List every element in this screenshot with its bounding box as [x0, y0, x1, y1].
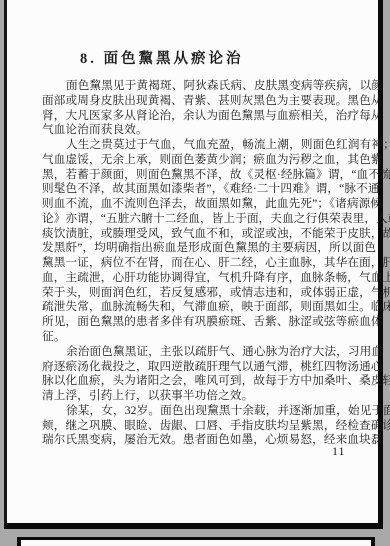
- text-line: 肾，大凡医家多从肾论治，余认为面色黧黑与血瘀相关，治疗每从: [42, 109, 354, 124]
- page-number: 11: [332, 444, 346, 459]
- text-line: 面部或周身皮肤出现黄褐、青紫、甚则灰黑色为主要表现。黑色从: [42, 94, 354, 109]
- text-line: 则血不流，血不流则色泽去，故面黑如黧，此血先死”；《诸病源候: [42, 197, 354, 212]
- book-page: 8. 面色黧黑从瘀论治 面色黧黑见于黄褐斑、阿狄森氏病、皮肤黑变病等疾病，以颜面…: [4, 0, 383, 529]
- text-line: 脉以化血瘀，头为诸阳之会，唯风可到，故每于方中加桑叶、桑皮轻: [42, 374, 354, 389]
- text-line: 颊，继之巩膜、眼睑、齿龈、口唇、手指皮肤均呈紫黑，经检查确诊为: [42, 419, 354, 434]
- text-line: 余治面色黧黑证，主张以疏肝气、通心脉为治疗大法，习用血: [42, 345, 354, 360]
- text-line: 则髦色不泽，故其面黑如漆柴者”，《难经·二十四难》谓，“脉不通: [42, 182, 354, 197]
- text-line: 征。: [42, 330, 354, 345]
- text-line: 黧黑一证，病位不在肾，而在心、肝二经，心主血脉，其华在面，肝藏: [42, 256, 354, 271]
- text-line: 气血虚馁，无余上承，则面色萎黄少润；瘀血为污秽之血，其色紫: [42, 153, 354, 168]
- text-line: 面色黧黑见于黄褐斑、阿狄森氏病、皮肤黑变病等疾病，以颜: [42, 79, 354, 94]
- text-line: 荣于头，则面润色红，若反复感邪，或情志违和，或体弱正虚，气机: [42, 286, 354, 301]
- text-line: 黑，若蓄于颜面，则面色黧黑不泽，故《灵枢·经脉篇》谓，“血不流: [42, 168, 354, 183]
- text-line: 痰饮渍脏，或腠理受风，致气血不和，或涩或浊，不能荣于皮肤，故: [42, 227, 354, 242]
- text-line: 疏泄失常，血脉流畅失和，气滞血瘀，映于面部，则面黑如尘。临床: [42, 300, 354, 315]
- text-line: 人生之贵莫过于气血，气血充盈，畅流上潮，则面色红润有神；: [42, 138, 354, 153]
- text-line: 所见，面色黧黑的患者多伴有巩膜瘀斑、舌紫、脉涩或弦等瘀血体: [42, 315, 354, 330]
- text-line: 清上浮，引药上行，以获事半功倍之效。: [42, 389, 354, 404]
- text-line: 徐某，女，32岁。面色出现黧黑十余载，并逐渐加重，始见于面: [42, 404, 354, 419]
- text-line: 瑞尔氏黑变病，屡治无效。患者面色如墨，心烦易怒，经来血块磊: [42, 433, 354, 448]
- body-text: 面色黧黑见于黄褐斑、阿狄森氏病、皮肤黑变病等疾病，以颜面部或周身皮肤出现黄褐、青…: [42, 79, 354, 448]
- text-line: 府逐瘀汤化裁投之，取四逆散疏肝理气以通气滞，桃红四物汤通心: [42, 360, 354, 375]
- text-line: 发黑皯”，均明确指出瘀血是形成面色黧黑的主要病因，所以面色: [42, 241, 354, 256]
- text-line: 论》亦谓，“五脏六腑十二经血，皆上于面，夫血之行俱荣表里，人或: [42, 212, 354, 227]
- text-line: 血，主疏泄，心肝功能协调得宜，气机升降有序，血脉条畅，气血上: [42, 271, 354, 286]
- text-line: 气血论治而获良效。: [42, 123, 354, 138]
- scan-viewport: { "document": { "title": "8. 面色黧黑从瘀论治", …: [0, 0, 390, 546]
- chapter-title: 8. 面色黧黑从瘀论治: [80, 47, 244, 68]
- next-page-edge: [17, 537, 375, 546]
